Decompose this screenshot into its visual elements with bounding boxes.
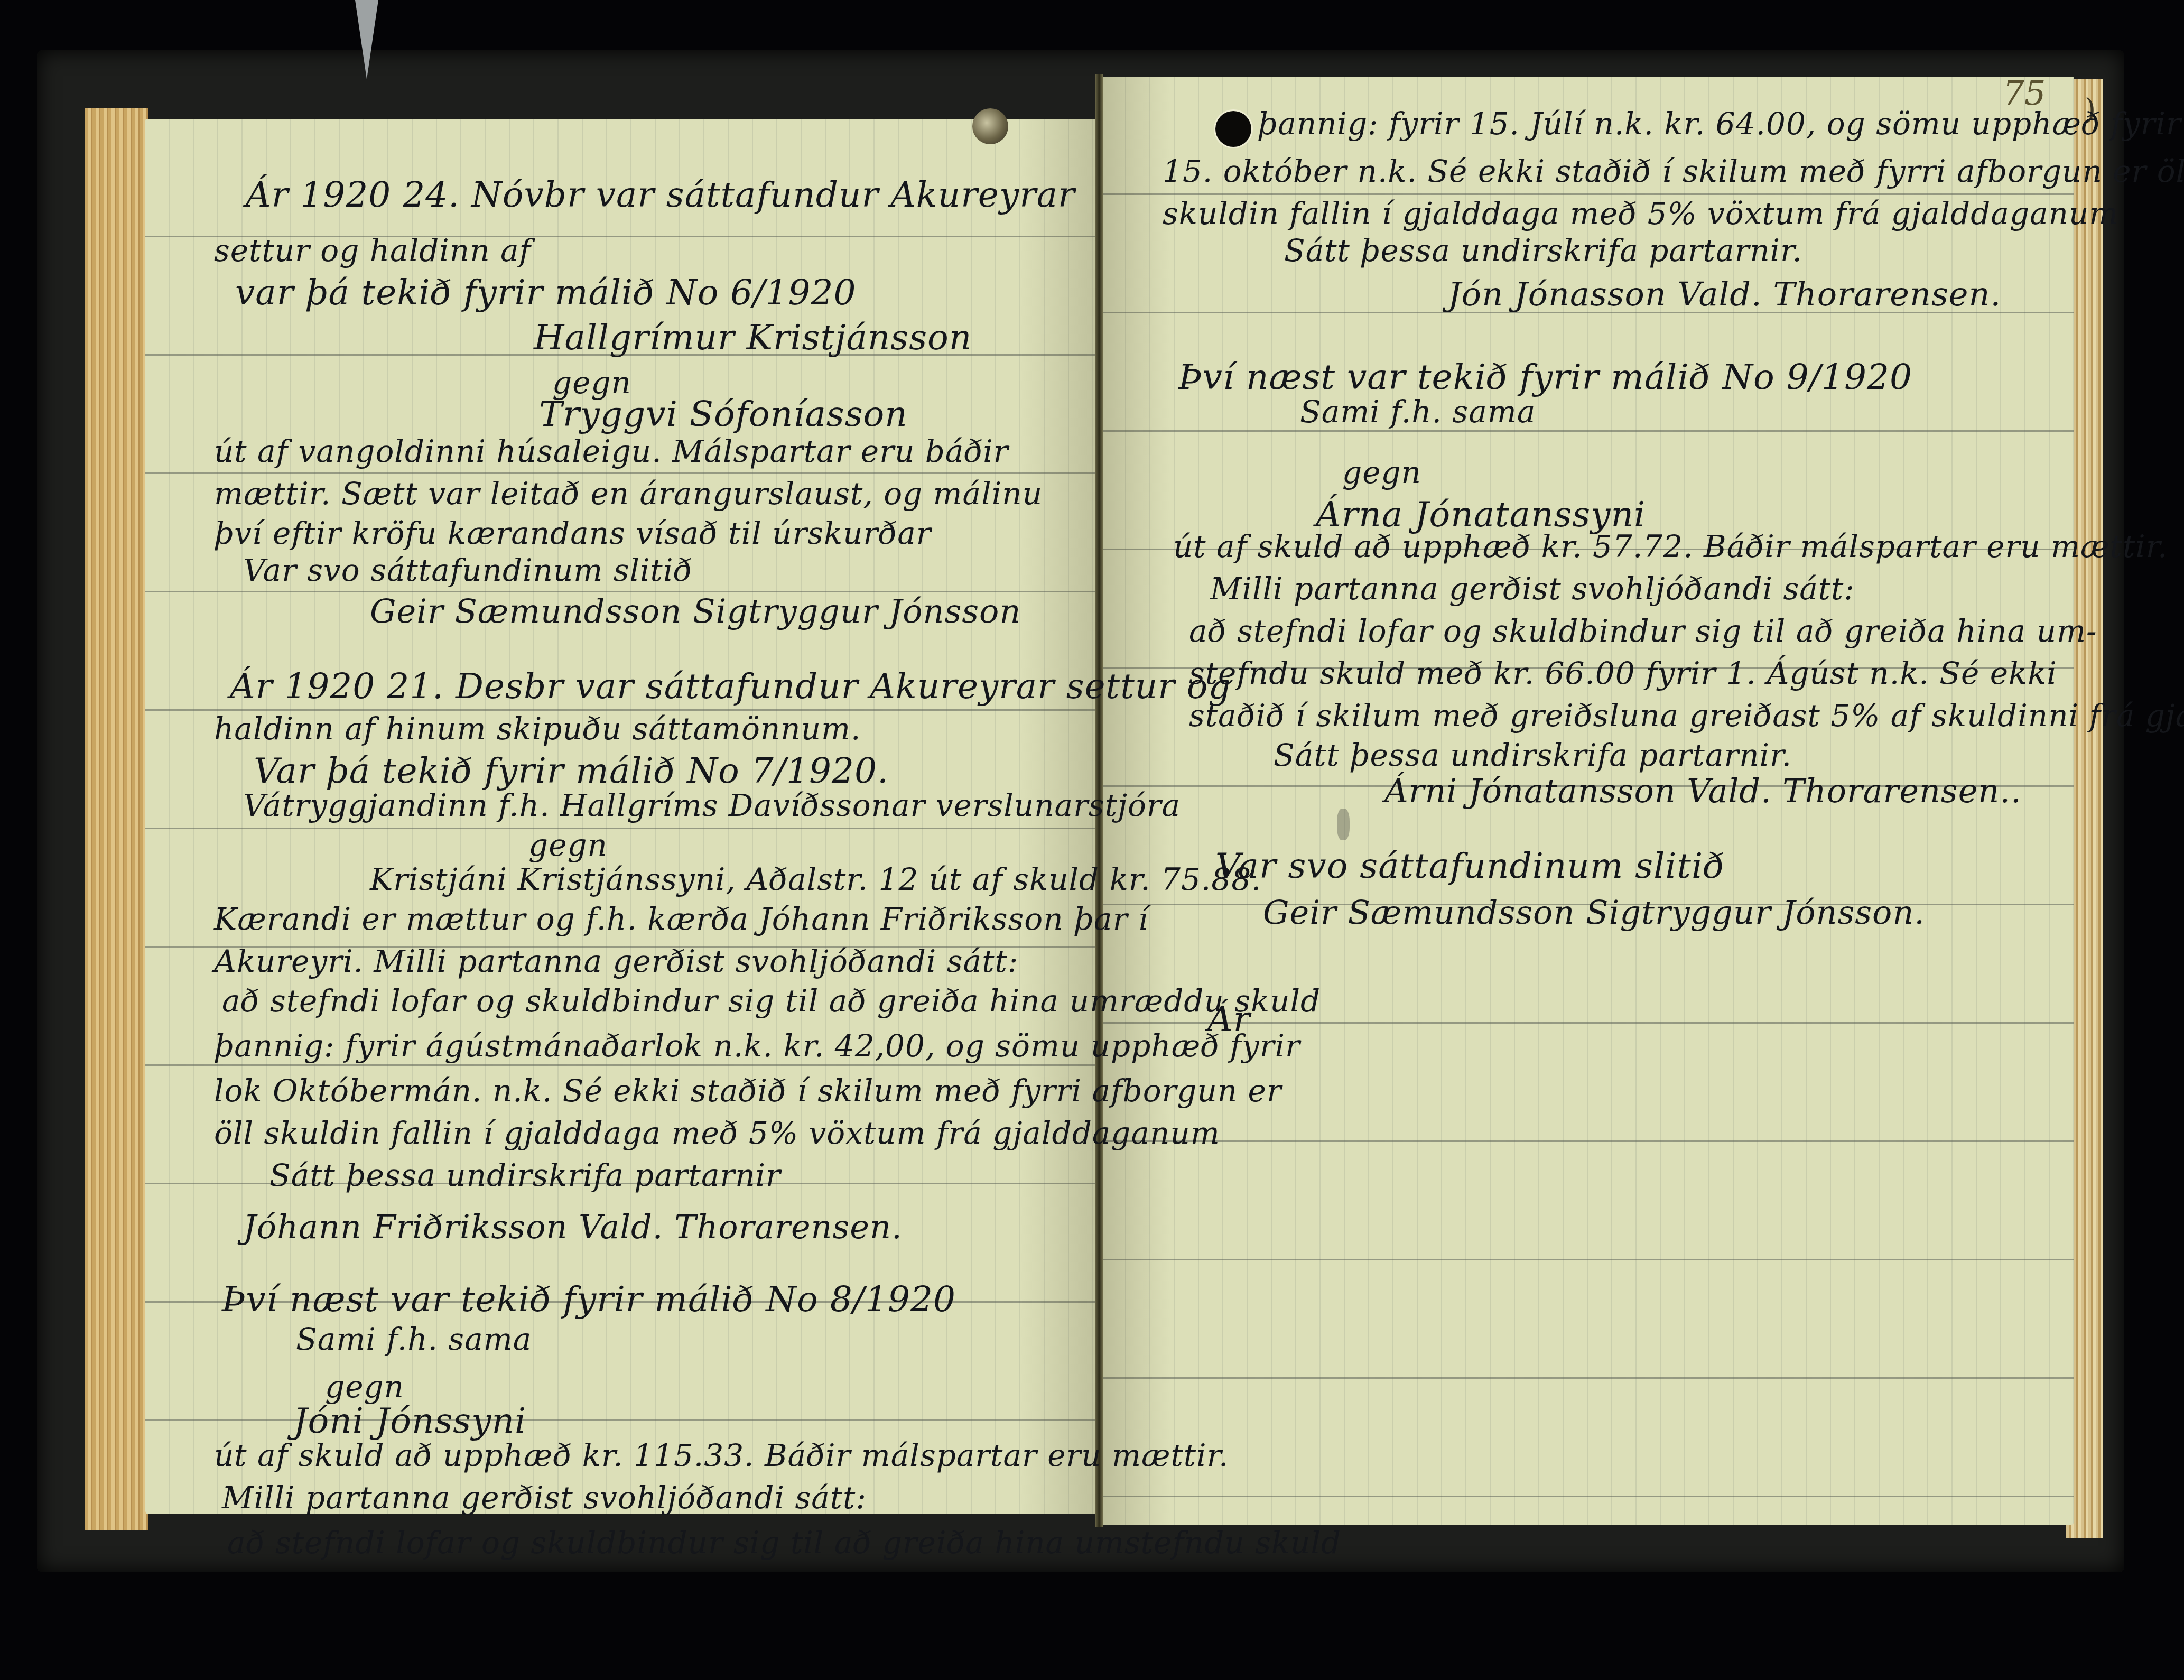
left-handwritten-line: Tryggvi Sófoníasson	[539, 394, 908, 434]
left-handwritten-line: gegn	[528, 827, 608, 863]
left-handwritten-line: Því næst var tekið fyrir málið No 8/1920	[222, 1279, 956, 1320]
page-holder-pin	[355, 0, 378, 79]
left-handwritten-line: því eftir kröfu kærandans vísað til úrsk…	[214, 515, 931, 551]
left-handwritten-line: Ár 1920 21. Desbr var sáttafundur Akurey…	[230, 666, 1231, 707]
left-handwritten-line: að stefndi lofar og skuldbindur sig til …	[227, 1525, 1341, 1561]
right-handwritten-line: út af skuld að upphæð kr. 57.72. Báðir m…	[1173, 528, 2168, 564]
left-handwritten-line: Kristjáni Kristjánssyni, Aðalstr. 12 út …	[370, 861, 1262, 897]
left-handwritten-line: lok Októbermán. n.k. Sé ekki staðið í sk…	[214, 1073, 1282, 1109]
right-handwritten-line: Sátt þessa undirskrifa partarnir.	[1274, 737, 1792, 773]
left-handwritten-line: út af vangoldinni húsaleigu. Málspartar …	[214, 433, 1009, 469]
right-handwritten-line: Ár	[1207, 999, 1250, 1039]
right-handwritten-line: Milli partanna gerðist svohljóðandi sátt…	[1210, 571, 1855, 607]
punch-hole-left	[972, 108, 1008, 144]
left-handwritten-line: settur og haldinn af	[214, 233, 531, 268]
left-handwritten-line: Hallgrímur Kristjánsson	[534, 317, 972, 358]
left-handwritten-line: haldinn af hinum skipuðu sáttamönnum.	[214, 711, 861, 747]
left-handwritten-line: Var svo sáttafundinum slitið	[243, 552, 692, 588]
right-handwritten-line: Jón Jónasson Vald. Thorarensen.	[1448, 275, 2001, 313]
left-handwritten-line: Kærandi er mættur og f.h. kærða Jóhann F…	[214, 901, 1148, 937]
right-handwritten-line: skuldin fallin í gjalddaga með 5% vöxtum…	[1163, 196, 2118, 231]
left-handwritten-line: þannig: fyrir ágústmánaðarlok n.k. kr. 4…	[214, 1028, 1300, 1064]
left-handwritten-line: Akureyri. Milli partanna gerðist svohljó…	[214, 943, 1018, 979]
right-handwritten-line: þannig: fyrir 15. Júlí n.k. kr. 64.00, o…	[1258, 106, 2181, 142]
left-handwritten-line: Vátryggjandinn f.h. Hallgríms Davíðssona…	[243, 787, 1181, 823]
left-handwritten-line: Sátt þessa undirskrifa partarnir	[269, 1157, 781, 1193]
right-handwritten-line: Var svo sáttafundinum slitið	[1215, 846, 1725, 886]
right-handwritten-line: Sami f.h. sama	[1300, 394, 1536, 430]
left-handwritten-line: öll skuldin fallin í gjalddaga með 5% vö…	[214, 1115, 1220, 1151]
right-handwritten-line: 15. október n.k. Sé ekki staðið í skilum…	[1163, 153, 2184, 189]
left-handwritten-line: að stefndi lofar og skuldbindur sig til …	[222, 983, 1321, 1019]
right-handwritten-line: Sátt þessa undirskrifa partarnir.	[1284, 233, 1802, 268]
left-handwritten-line: gegn	[325, 1369, 404, 1405]
left-page-stack-edge	[85, 108, 148, 1530]
right-handwritten-line: Geir Sæmundsson Sigtryggur Jónsson.	[1263, 893, 1925, 932]
right-handwritten-line: stefndu skuld með kr. 66.00 fyrir 1. Ágú…	[1189, 655, 2057, 691]
left-handwritten-line: út af skuld að upphæð kr. 115.33. Báðir …	[214, 1437, 1229, 1473]
left-handwritten-line: Ár 1920 24. Nóvbr var sáttafundur Akurey…	[246, 174, 1075, 215]
left-handwritten-line: Jóhann Friðriksson Vald. Thorarensen.	[243, 1208, 903, 1246]
left-handwritten-line: Jóni Jónssyni	[293, 1400, 526, 1441]
left-handwritten-line: Geir Sæmundsson Sigtryggur Jónsson	[370, 592, 1021, 630]
punch-hole-right	[1215, 111, 1251, 147]
ink-stain	[1337, 809, 1350, 840]
left-handwritten-line: Var þá tekið fyrir málið No 7/1920.	[254, 750, 889, 791]
right-handwritten-line: að stefndi lofar og skuldbindur sig til …	[1189, 613, 2097, 649]
left-handwritten-line: Milli partanna gerðist svohljóðandi sátt…	[222, 1480, 867, 1516]
right-handwritten-line: Því næst var tekið fyrir málið No 9/1920	[1178, 357, 1912, 397]
left-handwritten-line: var þá tekið fyrir málið No 6/1920	[235, 272, 857, 313]
left-handwritten-line: mættir. Sætt var leitað en árangurslaust…	[214, 476, 1043, 512]
left-handwritten-line: Sami f.h. sama	[296, 1321, 532, 1357]
right-handwritten-line: staðið í skilum með greiðsluna greiðast …	[1189, 698, 2184, 734]
right-handwritten-line: gegn	[1342, 454, 1421, 490]
right-handwritten-line: Árni Jónatansson Vald. Thorarensen..	[1384, 772, 2022, 810]
